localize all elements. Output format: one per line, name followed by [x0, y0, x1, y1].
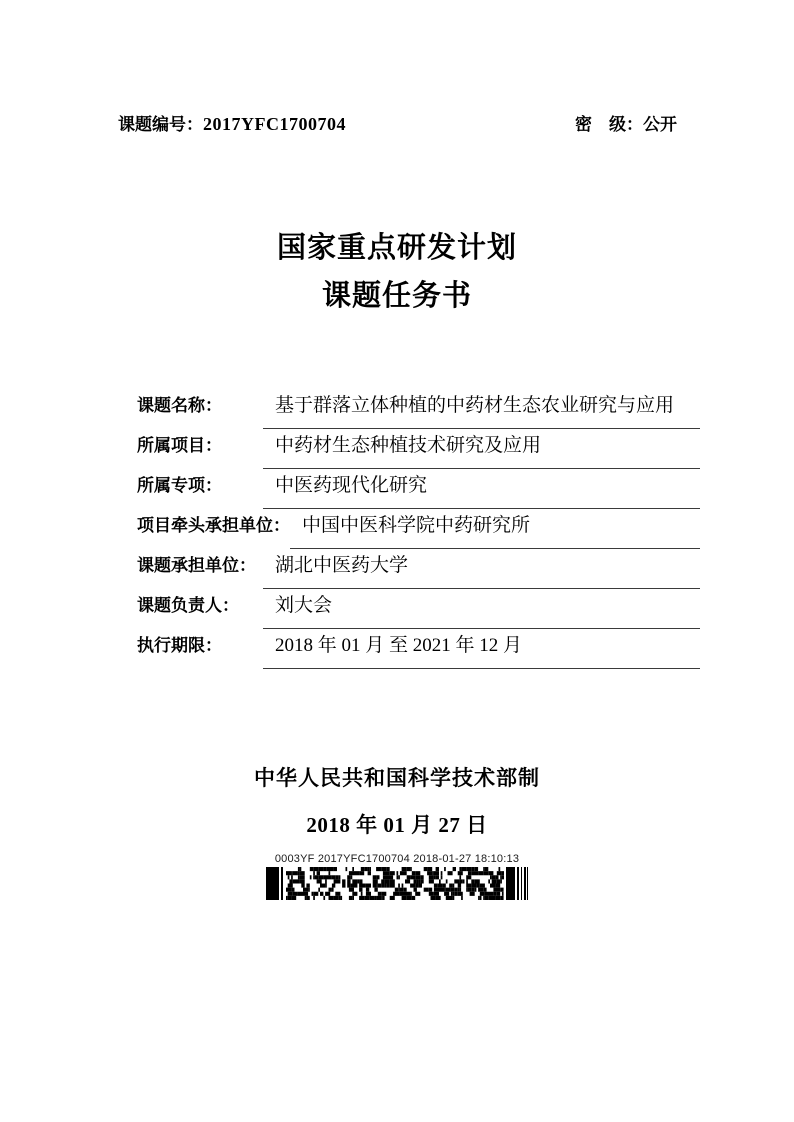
- issuer-line: 中华人民共和国科学技术部制: [0, 762, 794, 792]
- form-row-special-program: 所属专项： 中医药现代化研究: [137, 472, 700, 509]
- project-number-label: 课题编号：: [118, 115, 203, 134]
- issue-date: 2018 年 01 月 27 日: [0, 809, 794, 839]
- field-label: 课题名称：: [137, 392, 263, 420]
- field-value: 湖北中医药大学: [263, 552, 700, 589]
- field-label: 所属项目：: [137, 432, 263, 460]
- form-row-undertaking-institution: 课题承担单位： 湖北中医药大学: [137, 552, 700, 589]
- field-label: 执行期限：: [137, 632, 263, 660]
- field-value: 中国中医科学院中药研究所: [290, 512, 700, 549]
- field-label: 所属专项：: [137, 472, 263, 500]
- document-page: 课题编号：2017YFC1700704 密 级：公开 国家重点研发计划 课题任务…: [0, 0, 794, 1122]
- field-label: 项目牵头承担单位：: [137, 512, 290, 540]
- form-row-parent-project: 所属项目： 中药材生态种植技术研究及应用: [137, 432, 700, 469]
- form-row-lead-institution: 项目牵头承担单位： 中国中医科学院中药研究所: [137, 512, 700, 549]
- security-level: 密 级：公开: [575, 113, 677, 137]
- barcode-block: 0003YF 2017YFC1700704 2018-01-27 18:10:1…: [0, 853, 794, 900]
- project-number: 课题编号：2017YFC1700704: [118, 112, 346, 137]
- field-value: 基于群落立体种植的中药材生态农业研究与应用: [263, 392, 700, 429]
- form-row-principal-investigator: 课题负责人： 刘大会: [137, 592, 700, 629]
- field-value: 中医药现代化研究: [263, 472, 700, 509]
- document-title: 国家重点研发计划 课题任务书: [0, 224, 794, 320]
- form-row-project-name: 课题名称： 基于群落立体种植的中药材生态农业研究与应用: [137, 392, 700, 429]
- project-number-value: 2017YFC1700704: [203, 114, 346, 134]
- title-line-2: 课题任务书: [0, 272, 794, 320]
- title-line-1: 国家重点研发计划: [0, 224, 794, 272]
- document-header: 课题编号：2017YFC1700704 密 级：公开: [118, 112, 677, 137]
- barcode-caption: 0003YF 2017YFC1700704 2018-01-27 18:10:1…: [275, 853, 519, 866]
- task-info-form: 课题名称： 基于群落立体种植的中药材生态农业研究与应用 所属项目： 中药材生态种…: [137, 392, 700, 672]
- form-row-execution-period: 执行期限： 2018 年 01 月 至 2021 年 12 月: [137, 632, 700, 669]
- field-value: 中药材生态种植技术研究及应用: [263, 432, 700, 469]
- field-label: 课题负责人：: [137, 592, 263, 620]
- field-value: 2018 年 01 月 至 2021 年 12 月: [263, 632, 700, 669]
- field-label: 课题承担单位：: [137, 552, 263, 580]
- pdf417-barcode-icon: [266, 867, 528, 900]
- field-value: 刘大会: [263, 592, 700, 629]
